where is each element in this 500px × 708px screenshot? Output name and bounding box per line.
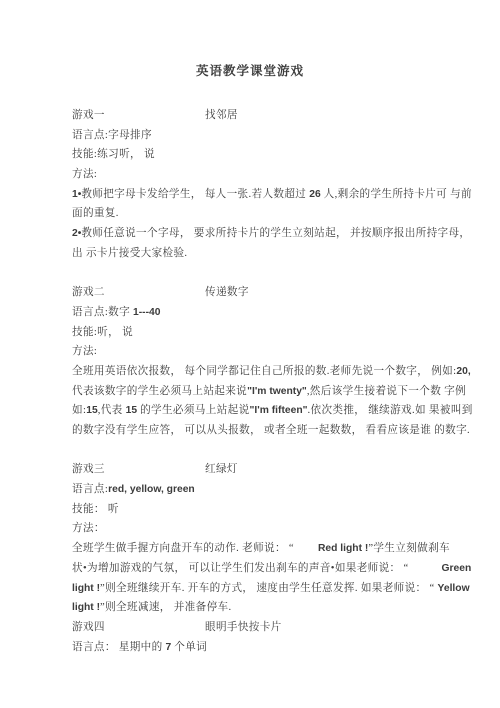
zh-text: ”学生立刻做刹车 bbox=[368, 543, 450, 554]
text-line: 的数字没有学生应答， 可以从头报数， 或者全班一起数数， 看看应该是谁 的数字. bbox=[72, 421, 464, 441]
en-text: "I'm fifteen" bbox=[250, 405, 308, 416]
zh-text: 人,剩余的学生所持卡片可 与前 bbox=[321, 189, 472, 200]
zh-text: 面的重复. bbox=[72, 208, 119, 219]
game-section: 游戏二传递数字语言点:数字 1---40技能:听， 说方法:全班用英语依次报数，… bbox=[72, 283, 464, 441]
en-text: 15 bbox=[86, 405, 97, 416]
text-line: 语言点:数字 1---40 bbox=[72, 303, 464, 323]
section-spacer bbox=[72, 264, 464, 284]
text-line: 技能:听， 说 bbox=[72, 323, 464, 343]
zh-text: 方法: bbox=[72, 169, 97, 180]
page: { "page": { "background": "#ffffff", "te… bbox=[0, 0, 500, 708]
text-line: 出 示卡片接受大家检验. bbox=[72, 244, 464, 264]
zh-text: 教师把字母卡发给学生， 每人一张.若人数超过 bbox=[81, 189, 309, 200]
en-text: Yellow bbox=[438, 583, 470, 594]
zh-text: ,代表 bbox=[98, 405, 126, 416]
text-line: 技能:练习听， 说 bbox=[72, 145, 464, 165]
en-text: 26 bbox=[309, 189, 320, 200]
text-line: 1•教师把字母卡发给学生， 每人一张.若人数超过 26 人,剩余的学生所持卡片可… bbox=[72, 185, 464, 205]
text-line: 全班用英语依次报数， 每个同学都记住自己所报的数.老师先说一个数字， 例如:20… bbox=[72, 362, 464, 382]
zh-text: 技能： 听 bbox=[72, 504, 119, 515]
section-heading: 游戏二传递数字 bbox=[72, 283, 464, 303]
zh-text: 语言点:字母排序 bbox=[72, 130, 152, 141]
text-line: 方法： bbox=[72, 519, 464, 539]
document-title: 英语教学课堂游戏 bbox=[72, 62, 428, 80]
en-text: "I'm twenty" bbox=[247, 386, 307, 397]
zh-text: 语言点: bbox=[72, 484, 108, 495]
zh-text: 语言点:数字 bbox=[72, 307, 133, 318]
section-heading: 游戏三红绿灯 bbox=[72, 460, 464, 480]
text-line: 全班学生做手握方向盘开车的动作. 老师说： “ Red light !”学生立刻… bbox=[72, 539, 464, 559]
game-title: 传递数字 bbox=[205, 287, 249, 298]
text-line: 语言点:字母排序 bbox=[72, 126, 464, 146]
game-section: 游戏一找邻居语言点:字母排序技能:练习听， 说方法:1•教师把字母卡发给学生， … bbox=[72, 106, 464, 264]
zh-text: 方法： bbox=[72, 523, 105, 534]
en-text: 20, bbox=[456, 366, 470, 377]
en-text: Green bbox=[442, 563, 472, 574]
document-body: 游戏一找邻居语言点:字母排序技能:练习听， 说方法:1•教师把字母卡发给学生， … bbox=[72, 106, 464, 657]
zh-text: 如: bbox=[72, 405, 86, 416]
text-line: 状•为增加游戏的气氛， 可以让学生们发出刹车的声音•如果老师说： “ Green bbox=[72, 559, 464, 579]
text-line: 方法: bbox=[72, 165, 464, 185]
zh-text: ,然后该学生接着说下一个数 字例 bbox=[307, 386, 466, 397]
game-section: 游戏三红绿灯语言点:red, yellow, green技能： 听方法：全班学生… bbox=[72, 460, 464, 618]
text-line: 方法: bbox=[72, 342, 464, 362]
en-text: red, yellow, green bbox=[108, 484, 195, 495]
text-line: light !”则全班减速， 并准备停车. bbox=[72, 598, 464, 618]
zh-text: 全班学生做手握方向盘开车的动作. 老师说： “ bbox=[72, 543, 318, 554]
en-text: light ! bbox=[72, 583, 100, 594]
zh-text: 个单词 bbox=[171, 642, 207, 653]
game-label: 游戏四 bbox=[72, 618, 205, 638]
zh-text: 状•为增加游戏的气氛， 可以让学生们发出刹车的声音•如果老师说： “ bbox=[72, 563, 442, 574]
zh-text: 代表该数字的学生必须马上站起来说 bbox=[72, 386, 247, 397]
zh-text: 技能:听， 说 bbox=[72, 327, 133, 338]
text-line: 代表该数字的学生必须马上站起来说"I'm twenty",然后该学生接着说下一个… bbox=[72, 382, 464, 402]
zh-text: 的数字没有学生应答， 可以从头报数， 或者全班一起数数， 看看应该是谁 的数字. bbox=[72, 425, 470, 436]
zh-text: 出 示卡片接受大家检验. bbox=[72, 248, 187, 259]
en-text: Red light ! bbox=[318, 543, 368, 554]
text-line: 语言点： 星期中的 7 个单词 bbox=[72, 638, 464, 658]
text-line: 如:15,代表 15 的学生必须马上站起说"I'm fifteen".依次类推，… bbox=[72, 401, 464, 421]
text-line: 2•教师任意说一个字母， 要求所持卡片的学生立刻站起， 并按顺序报出所持字母， bbox=[72, 224, 464, 244]
zh-text: ”则全班继续开车. 开车的方式， 速度由学生任意发挥. 如果老师说： “ bbox=[100, 583, 438, 594]
game-label: 游戏三 bbox=[72, 460, 205, 480]
game-label: 游戏一 bbox=[72, 106, 205, 126]
zh-text: 教师任意说一个字母， 要求所持卡片的学生立刻站起， 并按顺序报出所持字母， bbox=[81, 228, 470, 239]
section-spacer bbox=[72, 441, 464, 461]
section-heading: 游戏四眼明手快按卡片 bbox=[72, 618, 464, 638]
zh-text: 方法: bbox=[72, 346, 97, 357]
en-text: 1• bbox=[72, 189, 81, 200]
game-title: 红绿灯 bbox=[205, 464, 238, 475]
zh-text: .依次类推， 继续游戏.如 果被叫到 bbox=[308, 405, 473, 416]
en-text: 15 bbox=[126, 405, 137, 416]
text-line: 面的重复. bbox=[72, 204, 464, 224]
en-text: 2• bbox=[72, 228, 81, 239]
text-line: 语言点:red, yellow, green bbox=[72, 480, 464, 500]
game-title: 眼明手快按卡片 bbox=[205, 622, 282, 633]
game-label: 游戏二 bbox=[72, 283, 205, 303]
document: 英语教学课堂游戏 游戏一找邻居语言点:字母排序技能:练习听， 说方法:1•教师把… bbox=[0, 0, 500, 657]
en-text: light ! bbox=[72, 602, 100, 613]
text-line: light !”则全班继续开车. 开车的方式， 速度由学生任意发挥. 如果老师说… bbox=[72, 579, 464, 599]
en-text: 1---40 bbox=[133, 307, 160, 318]
game-title: 找邻居 bbox=[205, 110, 238, 121]
zh-text: 全班用英语依次报数， 每个同学都记住自己所报的数.老师先说一个数字， 例如: bbox=[72, 366, 456, 377]
zh-text: ”则全班减速， 并准备停车. bbox=[100, 602, 231, 613]
zh-text: 技能:练习听， 说 bbox=[72, 149, 155, 160]
zh-text: 的学生必须马上站起说 bbox=[137, 405, 249, 416]
game-section: 游戏四眼明手快按卡片语言点： 星期中的 7 个单词 bbox=[72, 618, 464, 657]
text-line: 技能： 听 bbox=[72, 500, 464, 520]
section-heading: 游戏一找邻居 bbox=[72, 106, 464, 126]
zh-text: 语言点： 星期中的 bbox=[72, 642, 166, 653]
